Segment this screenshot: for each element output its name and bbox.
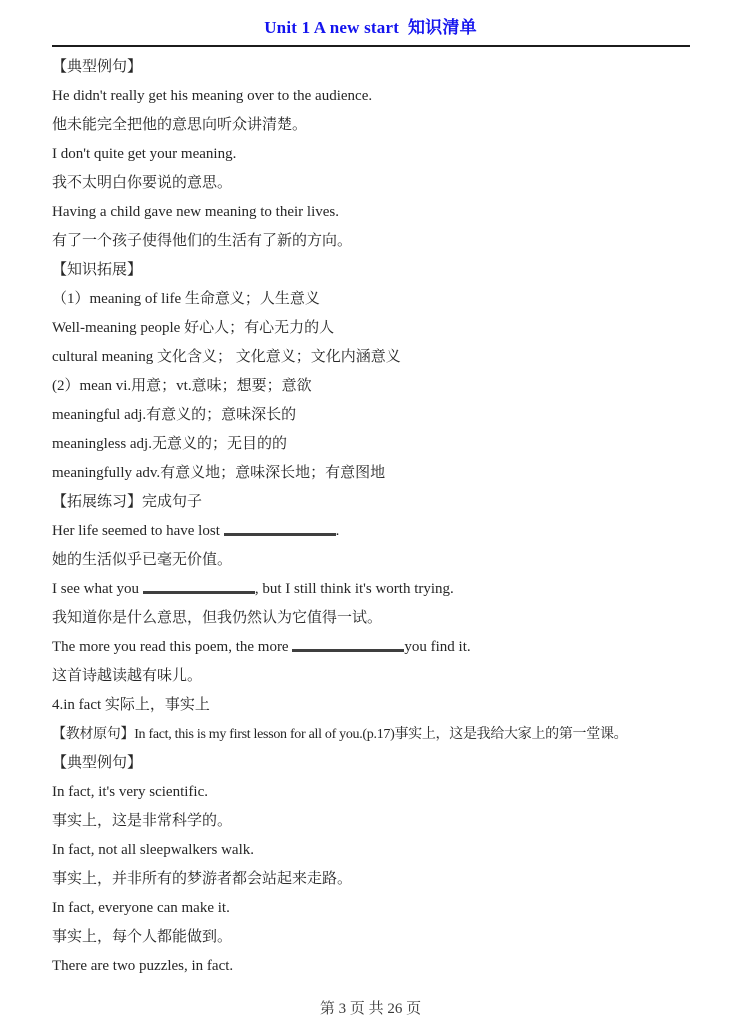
document-page: Unit 1 A new start 知识清单 【典型例句】 He didn't… — [0, 0, 741, 1024]
line-text: meaningless adj.无意义的；无目的的 — [52, 436, 287, 452]
line-text: 【教材原句】In fact, this is my first lesson f… — [52, 727, 627, 742]
answer-blank-underline — [292, 649, 404, 652]
line-text: Her life seemed to have lost — [52, 523, 224, 539]
line-text: you find it. — [404, 639, 470, 655]
numbered-entry: 4.in fact 实际上，事实上 — [52, 691, 690, 720]
answer-blank-underline — [143, 591, 255, 594]
translation-zh: 我知道你是什么意思，但我仍然认为它值得一试。 — [52, 604, 690, 633]
textbook-sentence: 【教材原句】In fact, this is my first lesson f… — [52, 720, 690, 749]
line-text: 4.in fact 实际上，事实上 — [52, 697, 210, 713]
vocab-entry: cultural meaning 文化含义； 文化意义；文化内涵意义 — [52, 343, 690, 372]
line-text: He didn't really get his meaning over to… — [52, 88, 372, 104]
vocab-entry: （1）meaning of life 生命意义；人生意义 — [52, 285, 690, 314]
line-text: 【典型例句】 — [52, 59, 142, 75]
line-text: 【知识拓展】 — [52, 262, 142, 278]
line-text: There are two puzzles, in fact. — [52, 958, 233, 974]
example-sentence-en: He didn't really get his meaning over to… — [52, 82, 690, 111]
line-text: The more you read this poem, the more — [52, 639, 292, 655]
example-sentence-en: There are two puzzles, in fact. — [52, 952, 690, 981]
line-text: In fact, everyone can make it. — [52, 900, 230, 916]
translation-zh: 他未能完全把他的意思向听众讲清楚。 — [52, 111, 690, 140]
line-text: (2）mean vi.用意；vt.意味；想要；意欲 — [52, 378, 312, 394]
vocab-entry: meaningfully adv.有意义地；意味深长地；有意图地 — [52, 459, 690, 488]
unit-title: Unit 1 A new start 知识清单 — [264, 18, 477, 37]
line-text: 事实上，这是非常科学的。 — [52, 813, 232, 829]
line-text: 他未能完全把他的意思向听众讲清楚。 — [52, 117, 307, 133]
translation-zh: 事实上，并非所有的梦游者都会站起来走路。 — [52, 865, 690, 894]
line-text: 事实上，并非所有的梦游者都会站起来走路。 — [52, 871, 352, 887]
section-heading: 【典型例句】 — [52, 53, 690, 82]
line-text: 有了一个孩子使得他们的生活有了新的方向。 — [52, 233, 352, 249]
section-heading: 【知识拓展】 — [52, 256, 690, 285]
translation-zh: 事实上，这是非常科学的。 — [52, 807, 690, 836]
translation-zh: 我不太明白你要说的意思。 — [52, 169, 690, 198]
line-text: In fact, not all sleepwalkers walk. — [52, 842, 254, 858]
line-text: In fact, it's very scientific. — [52, 784, 208, 800]
line-text: （1）meaning of life 生命意义；人生意义 — [52, 291, 320, 307]
example-sentence-en: In fact, it's very scientific. — [52, 778, 690, 807]
line-text: 我知道你是什么意思，但我仍然认为它值得一试。 — [52, 610, 382, 626]
answer-blank-underline — [224, 533, 336, 536]
line-text: meaningful adj.有意义的；意味深长的 — [52, 407, 296, 423]
section-heading: 【典型例句】 — [52, 749, 690, 778]
line-text: 她的生活似乎已毫无价值。 — [52, 552, 232, 568]
line-text: 【典型例句】 — [52, 755, 142, 771]
exercise-sentence: Her life seemed to have lost . — [52, 517, 690, 546]
example-sentence-en: Having a child gave new meaning to their… — [52, 198, 690, 227]
line-text: 这首诗越读越有味儿。 — [52, 668, 202, 684]
example-sentence-en: In fact, everyone can make it. — [52, 894, 690, 923]
line-text: 事实上，每个人都能做到。 — [52, 929, 232, 945]
translation-zh: 有了一个孩子使得他们的生活有了新的方向。 — [52, 227, 690, 256]
example-sentence-en: In fact, not all sleepwalkers walk. — [52, 836, 690, 865]
translation-zh: 这首诗越读越有味儿。 — [52, 662, 690, 691]
vocab-entry: Well-meaning people 好心人；有心无力的人 — [52, 314, 690, 343]
vocab-entry: (2）mean vi.用意；vt.意味；想要；意欲 — [52, 372, 690, 401]
page-number-footer: 第 3 页 共 26 页 — [0, 997, 741, 1018]
line-text: I see what you — [52, 581, 143, 597]
line-text: Well-meaning people 好心人；有心无力的人 — [52, 320, 334, 336]
line-text: Having a child gave new meaning to their… — [52, 204, 339, 220]
exercise-sentence: The more you read this poem, the more yo… — [52, 633, 690, 662]
example-sentence-en: I don't quite get your meaning. — [52, 140, 690, 169]
translation-zh: 她的生活似乎已毫无价值。 — [52, 546, 690, 575]
line-text: 我不太明白你要说的意思。 — [52, 175, 232, 191]
section-heading: 【拓展练习】完成句子 — [52, 488, 690, 517]
vocab-entry: meaningless adj.无意义的；无目的的 — [52, 430, 690, 459]
line-text: 【拓展练习】完成句子 — [52, 494, 202, 510]
document-body: 【典型例句】 He didn't really get his meaning … — [0, 47, 741, 981]
page-header: Unit 1 A new start 知识清单 — [0, 0, 741, 38]
line-text: , but I still think it's worth trying. — [255, 581, 454, 597]
exercise-sentence: I see what you , but I still think it's … — [52, 575, 690, 604]
line-text: meaningfully adv.有意义地；意味深长地；有意图地 — [52, 465, 385, 481]
translation-zh: 事实上，每个人都能做到。 — [52, 923, 690, 952]
vocab-entry: meaningful adj.有意义的；意味深长的 — [52, 401, 690, 430]
line-text: . — [336, 523, 340, 539]
line-text: I don't quite get your meaning. — [52, 146, 236, 162]
line-text: cultural meaning 文化含义； 文化意义；文化内涵意义 — [52, 349, 401, 365]
